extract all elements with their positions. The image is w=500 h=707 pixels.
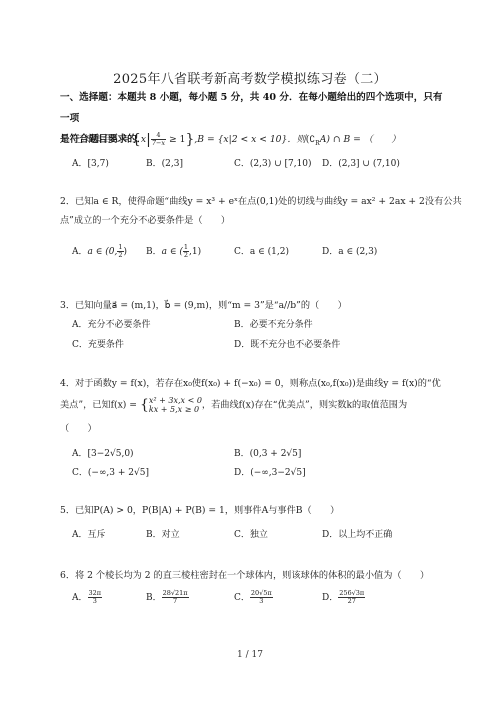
question-6-stem: 6．将 2 个棱长均为 2 的直三棱柱密封在一个球体内，则该球体的体积的最小值为…	[60, 569, 460, 583]
question-4-stem-line1: 4．对于函数y = f(x)，若存在x₀使f(x₀) + f(−x₀) = 0，…	[60, 377, 460, 391]
question-number: 5．	[60, 505, 75, 516]
q2-option-a: A．a ∈ (0,12)	[72, 244, 127, 259]
option-fraction: 32π3	[88, 590, 103, 605]
page-number: 1 / 17	[0, 650, 500, 660]
option-label: A．	[72, 593, 88, 603]
option-expr: a ∈ (0,	[88, 247, 118, 257]
option-expr: a ∈ (	[162, 247, 183, 257]
q5-stem: 已知P(A) > 0，P(B|A) + P(B) = 1，则事件A与事件B（ ）	[75, 505, 339, 516]
q1-setB: ,B = {x|2 < x < 10}．则	[194, 134, 305, 145]
q5-option-d: D．以上均不正确	[322, 527, 392, 540]
q2-option-d: D．a ∈ (2,3)	[322, 244, 377, 257]
q3-option-c: C．充要条件	[72, 337, 124, 350]
question-number: 1．	[60, 134, 75, 145]
q1-fraction: 47−x	[151, 132, 166, 147]
frac-den: 7	[162, 598, 189, 605]
q4-suffix: ，若曲线f(x)存在“优美点”，则实数k的取值范围为	[202, 400, 407, 411]
q1-option-d: D．(2,3] ∪ (7,10)	[322, 156, 400, 169]
exam-page: 2025年八省联考新高考数学模拟练习卷（二） 一、选择题：本题共 8 小题，每小…	[0, 0, 500, 707]
case-1: x² + 3x,x < 0	[149, 396, 202, 405]
frac-den: 3	[250, 598, 273, 605]
option-fraction: 256√3π27	[338, 590, 365, 605]
section-heading-line1: 一、选择题：本题共 8 小题，每小题 5 分，共 40 分．在每小题给出的四个选…	[60, 87, 450, 129]
frac-den: 27	[338, 598, 365, 605]
q4-option-c: C．(−∞,3 + 2√5]	[72, 465, 149, 478]
question-5-stem: 5．已知P(A) > 0，P(B|A) + P(B) = 1，则事件A与事件B（…	[60, 504, 460, 518]
case-2: kx + 5,x ≥ 0	[149, 405, 202, 414]
question-number: 6．	[60, 570, 75, 581]
q1-prefix: 已知集合	[75, 134, 112, 145]
left-brace-icon: {	[132, 132, 141, 148]
q6-option-a: A．32π3	[72, 590, 102, 605]
option-fraction: 20√5π3	[250, 590, 273, 605]
q6-option-b: B．28√21π7	[146, 590, 189, 605]
q2-option-b: B．a ∈ (12,1)	[146, 244, 201, 259]
option-label: A．	[72, 247, 88, 257]
q1-option-c: C．(2,3) ∪ [7,10)	[234, 156, 312, 169]
q3-option-d: D．既不充分也不必要条件	[234, 337, 340, 350]
question-2-stem-line1: 2．已知a ∈ R，使得命题“曲线y = x³ + eˣ在点(0,1)处的切线与…	[60, 195, 460, 209]
q1-setA-lhs: A =	[112, 134, 132, 145]
q1-option-b: B．(2,3]	[146, 156, 183, 169]
question-3-stem: 3．已知向量a⃗ = (m,1)，b⃗ = (9,m)，则“m = 3”是“a/…	[60, 299, 460, 313]
document-title: 2025年八省联考新高考数学模拟练习卷（二）	[0, 68, 500, 87]
q4-option-b: B．(0,3 + 2√5]	[234, 446, 301, 459]
question-number: 3．	[60, 300, 75, 311]
question-4-stem-line3: （ ）	[60, 422, 460, 436]
left-brace-icon: {	[140, 397, 149, 413]
q1-tail2: A) ∩ B = （ ）	[320, 134, 401, 145]
q4-option-a: A．[3−2√5,0)	[72, 446, 134, 459]
option-label: B．	[146, 247, 162, 257]
q2-option-c: C．a ∈ (1,2)	[234, 244, 289, 257]
q4-option-d: D．(−∞,3−2√5]	[234, 465, 306, 478]
option-label: C．	[234, 593, 250, 603]
q4-stem-line1: 对于函数y = f(x)，若存在x₀使f(x₀) + f(−x₀) = 0，则称…	[75, 378, 441, 389]
frac-den: 3	[88, 598, 103, 605]
question-number: 4．	[60, 378, 75, 389]
question-number: 2．	[60, 196, 75, 207]
q1-option-a: A．[3,7)	[72, 156, 109, 169]
q3-option-b: B．必要不充分条件	[234, 317, 313, 330]
option-tail: ,1)	[189, 247, 201, 257]
q2-stem-line1: 已知a ∈ R，使得命题“曲线y = x³ + eˣ在点(0,1)处的切线与曲线…	[75, 196, 462, 207]
option-label: D．	[322, 593, 338, 603]
question-2-stem-line2: 点”成立的一个充分不必要条件是（ ）	[60, 214, 460, 228]
q5-option-a: A．互斥	[72, 527, 106, 540]
q4-prefix: 美点”，已知f(x) =	[60, 400, 140, 411]
q1-setA-rhs: ≥ 1	[166, 134, 185, 145]
question-4-stem-line2: 美点”，已知f(x) = {x² + 3x,x < 0kx + 5,x ≥ 0，…	[60, 396, 460, 414]
q3-stem: 已知向量a⃗ = (m,1)，b⃗ = (9,m)，则“m = 3”是“a//b…	[75, 300, 347, 311]
q3-option-a: A．充分不必要条件	[72, 317, 151, 330]
q6-option-c: C．20√5π3	[234, 590, 273, 605]
piecewise-cases: x² + 3x,x < 0kx + 5,x ≥ 0	[149, 396, 202, 414]
q5-option-c: C．独立	[234, 527, 268, 540]
question-1-stem: 1．已知集合A = {x|47−x ≥ 1},B = {x|2 < x < 10…	[60, 132, 460, 151]
option-label: B．	[146, 593, 162, 603]
frac-den: 7−x	[151, 140, 166, 147]
q6-option-d: D．256√3π27	[322, 590, 365, 605]
option-fraction: 28√21π7	[162, 590, 189, 605]
q5-option-b: B．对立	[146, 527, 180, 540]
q6-stem: 将 2 个棱长均为 2 的直三棱柱密封在一个球体内，则该球体的体积的最小值为（ …	[75, 570, 429, 581]
paren-close: )	[124, 247, 128, 257]
q1-tail: (∁	[306, 134, 315, 145]
